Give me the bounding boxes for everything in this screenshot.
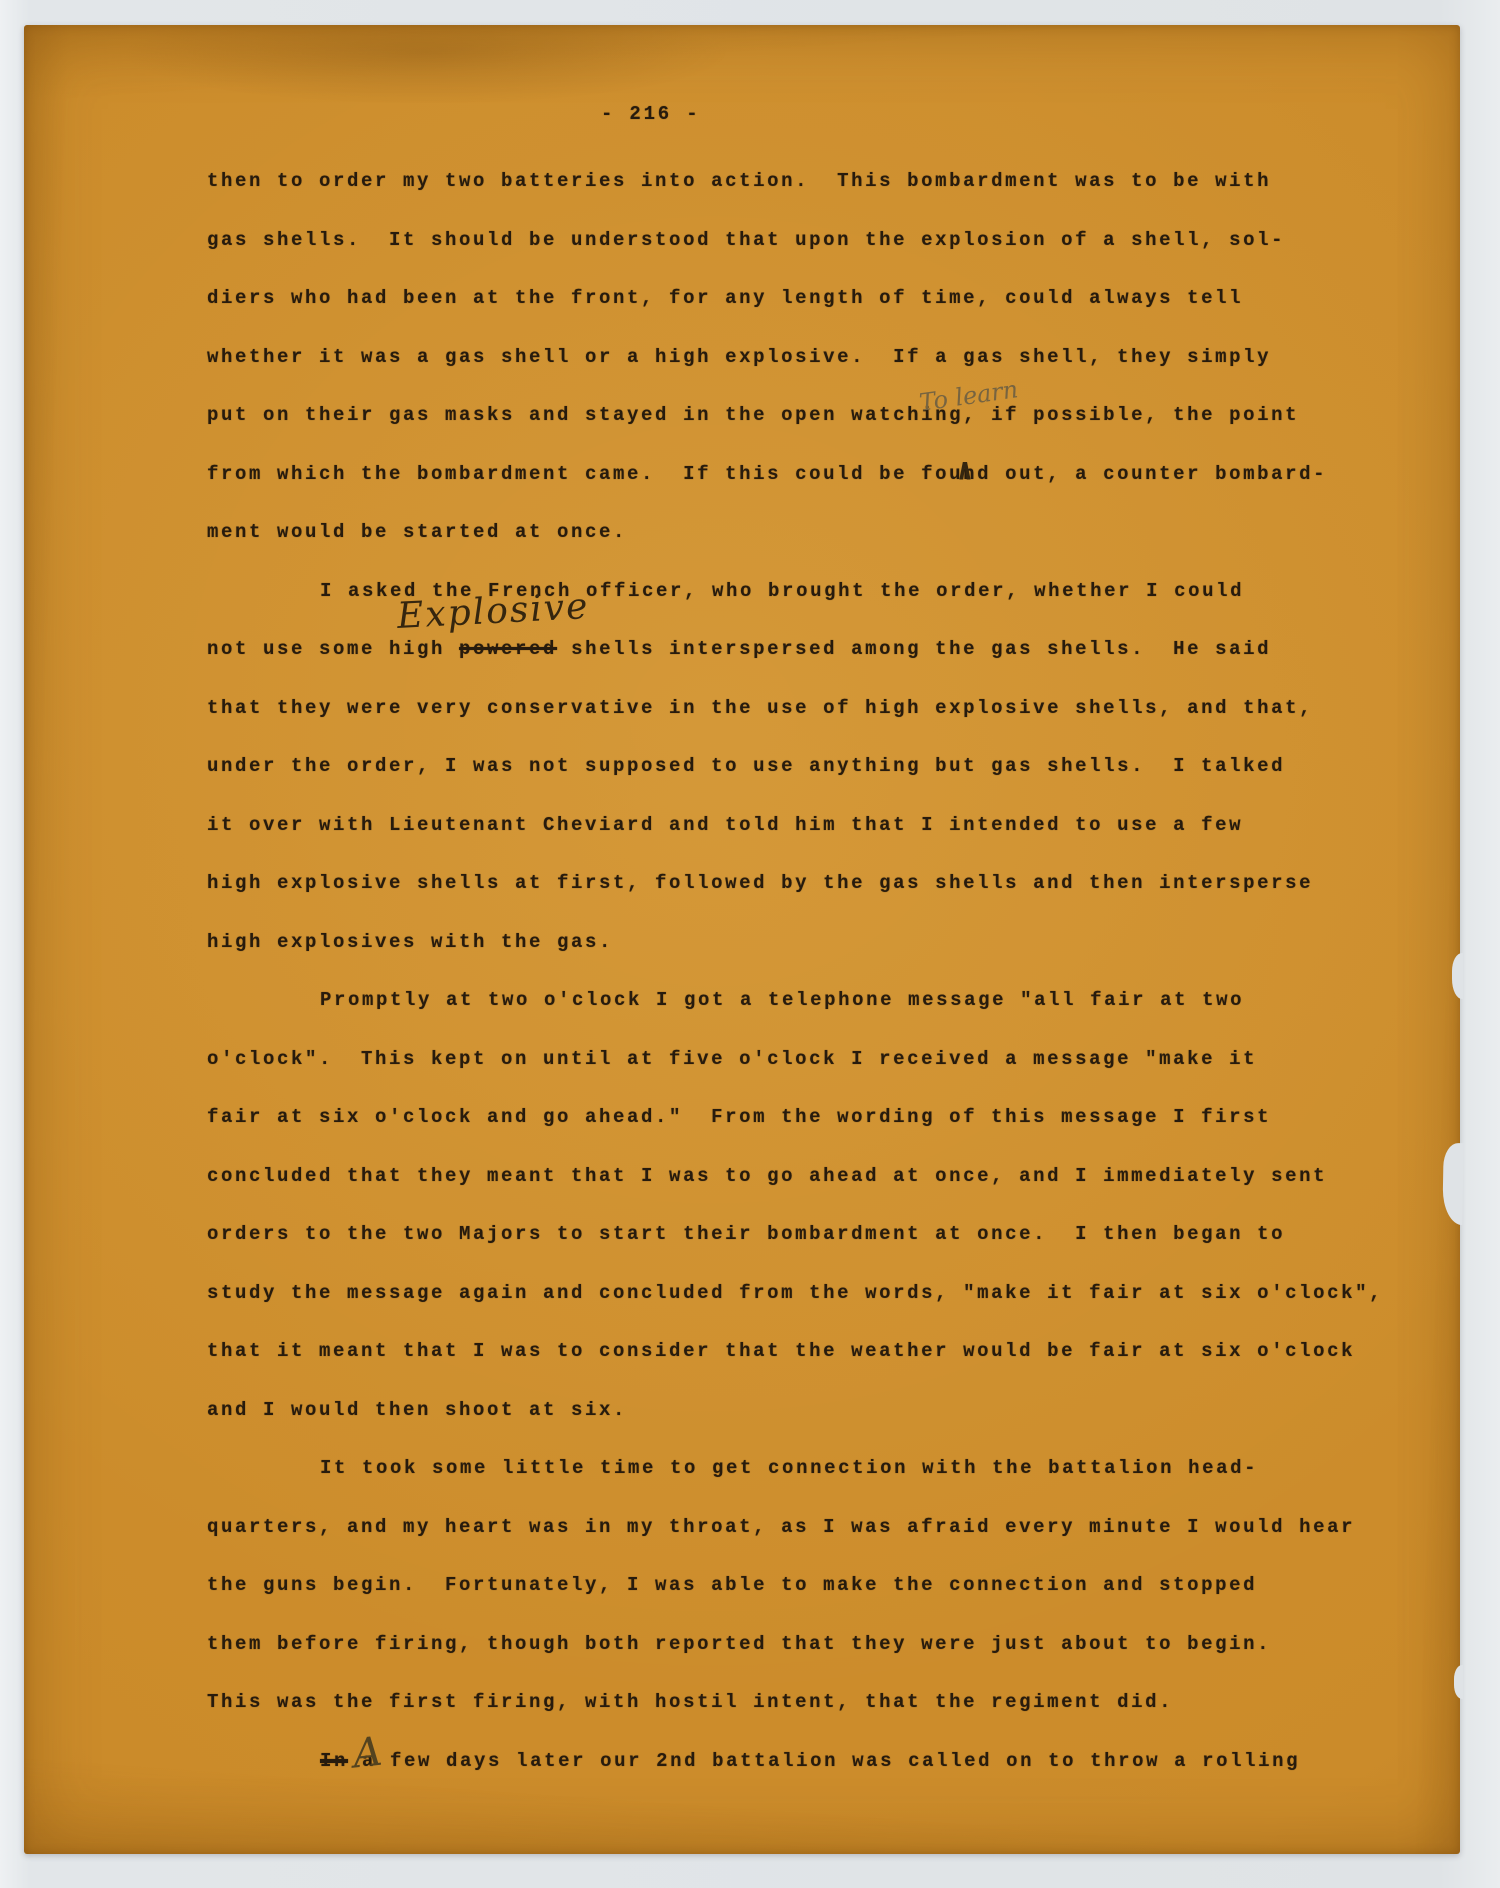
text-line: I asked the French officer, who brought … bbox=[207, 562, 1437, 621]
text-line: In aA few days later our 2nd battalion w… bbox=[207, 1732, 1437, 1791]
struck-text: In bbox=[320, 1750, 348, 1772]
text-line: under the order, I was not supposed to u… bbox=[207, 737, 1437, 796]
typed-text: study the message again and concluded fr… bbox=[207, 1282, 1383, 1304]
typed-text: It took some little time to get connecti… bbox=[320, 1457, 1258, 1479]
text-line: put on their gas masks and stayed in the… bbox=[207, 386, 1437, 445]
text-line: it over with Lieutenant Cheviard and tol… bbox=[207, 796, 1437, 855]
text-line: diers who had been at the front, for any… bbox=[207, 269, 1437, 328]
typed-text: them before firing, though both reported… bbox=[207, 1633, 1271, 1655]
handwritten-note: A bbox=[351, 1731, 384, 1774]
text-line: orders to the two Majors to start their … bbox=[207, 1205, 1437, 1264]
text-line: them before firing, though both reported… bbox=[207, 1615, 1437, 1674]
page-number: - 216 - bbox=[601, 103, 700, 125]
text-line: then to order my two batteries into acti… bbox=[207, 152, 1437, 211]
typed-text: orders to the two Majors to start their … bbox=[207, 1223, 1285, 1245]
typed-text: whether it was a gas shell or a high exp… bbox=[207, 346, 1271, 368]
text-line: This was the first firing, with hostil i… bbox=[207, 1673, 1437, 1732]
typed-text: if possible, the point bbox=[977, 404, 1299, 426]
typed-text: ment would be started at once. bbox=[207, 521, 627, 543]
text-line: concluded that they meant that I was to … bbox=[207, 1147, 1437, 1206]
torn-edge bbox=[1442, 1143, 1463, 1225]
text-line: fair at six o'clock and go ahead." From … bbox=[207, 1088, 1437, 1147]
typed-text: gas shells. It should be understood that… bbox=[207, 229, 1285, 251]
text-line: Promptly at two o'clock I got a telephon… bbox=[207, 971, 1437, 1030]
typed-text: shells interspersed among the gas shells… bbox=[557, 638, 1271, 660]
typed-text: and I would then shoot at six. bbox=[207, 1399, 627, 1421]
typed-text: that it meant that I was to consider tha… bbox=[207, 1340, 1355, 1362]
overwritten-text: aA bbox=[362, 1750, 376, 1772]
text-line: high explosive shells at first, followed… bbox=[207, 854, 1437, 913]
typed-text: put on their gas masks and stayed in the… bbox=[207, 404, 977, 426]
text-line: not use some high poweredExplosive shell… bbox=[207, 620, 1437, 679]
text-line: the guns begin. Fortunately, I was able … bbox=[207, 1556, 1437, 1615]
typed-text: This was the first firing, with hostil i… bbox=[207, 1691, 1173, 1713]
typed-text: it over with Lieutenant Cheviard and tol… bbox=[207, 814, 1243, 836]
handwritten-note: Explosive bbox=[396, 589, 590, 635]
struck-text: poweredExplosive bbox=[459, 638, 557, 660]
text-line: gas shells. It should be understood that… bbox=[207, 211, 1437, 270]
text-line: quarters, and my heart was in my throat,… bbox=[207, 1498, 1437, 1557]
typed-text: from which the bombardment came. If this… bbox=[207, 463, 1327, 485]
text-line: whether it was a gas shell or a high exp… bbox=[207, 328, 1437, 387]
typed-text: that they were very conservative in the … bbox=[207, 697, 1313, 719]
typed-text: not use some high bbox=[207, 638, 459, 660]
text-line: It took some little time to get connecti… bbox=[207, 1439, 1437, 1498]
insertion-caret-mark: ∧ bbox=[956, 425, 977, 513]
typed-text: diers who had been at the front, for any… bbox=[207, 287, 1243, 309]
typed-text: high explosive shells at first, followed… bbox=[207, 872, 1313, 894]
typed-text: fair at six o'clock and go ahead." From … bbox=[207, 1106, 1271, 1128]
typed-text: under the order, I was not supposed to u… bbox=[207, 755, 1285, 777]
typed-text: concluded that they meant that I was to … bbox=[207, 1165, 1327, 1187]
torn-edge bbox=[1454, 1665, 1463, 1699]
typed-text: o'clock". This kept on until at five o'c… bbox=[207, 1048, 1257, 1070]
typed-text: the guns begin. Fortunately, I was able … bbox=[207, 1574, 1257, 1596]
typed-text: high explosives with the gas. bbox=[207, 931, 613, 953]
text-line: study the message again and concluded fr… bbox=[207, 1264, 1437, 1323]
typed-text: Promptly at two o'clock I got a telephon… bbox=[320, 989, 1244, 1011]
torn-edge bbox=[1452, 953, 1463, 999]
text-line: that they were very conservative in the … bbox=[207, 679, 1437, 738]
document-page: - 216 - then to order my two batteries i… bbox=[24, 25, 1460, 1854]
text-line: that it meant that I was to consider tha… bbox=[207, 1322, 1437, 1381]
text-line: from which the bombardment came. If this… bbox=[207, 445, 1437, 504]
typed-text: quarters, and my heart was in my throat,… bbox=[207, 1516, 1355, 1538]
typed-text-block: then to order my two batteries into acti… bbox=[207, 152, 1437, 1790]
typed-text: then to order my two batteries into acti… bbox=[207, 170, 1271, 192]
text-line: and I would then shoot at six. bbox=[207, 1381, 1437, 1440]
text-line: ment would be started at once. bbox=[207, 503, 1437, 562]
typed-text: few days later our 2nd battalion was cal… bbox=[376, 1750, 1300, 1772]
text-line: high explosives with the gas. bbox=[207, 913, 1437, 972]
text-line: o'clock". This kept on until at five o'c… bbox=[207, 1030, 1437, 1089]
